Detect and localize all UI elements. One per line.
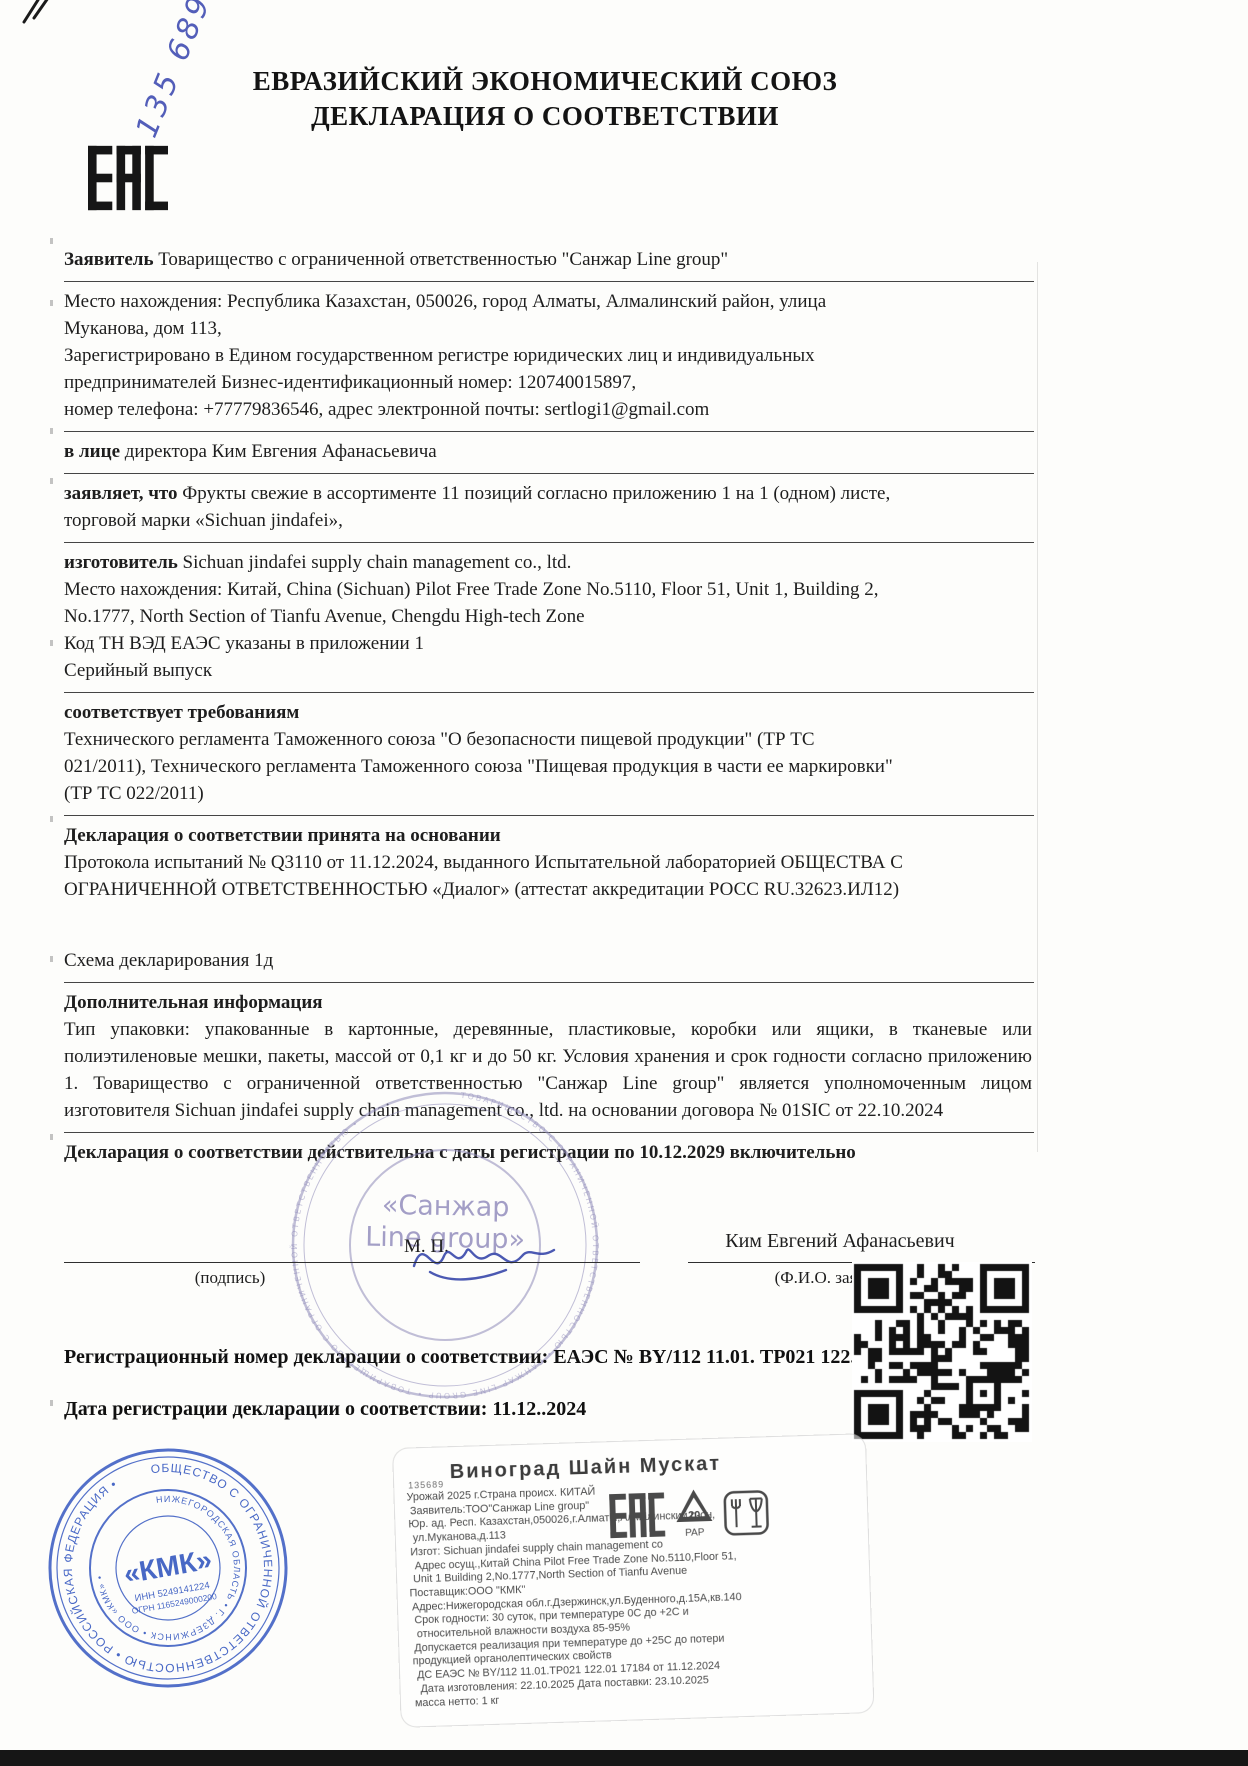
scan-artifact-tick xyxy=(50,238,53,244)
additional-heading: Дополнительная информация xyxy=(64,989,1032,1016)
signature-caption: (подпись) xyxy=(130,1268,330,1288)
declaration-body: Заявитель Товарищество с ограниченной от… xyxy=(64,240,1034,1174)
kmk-stamp-inner-ring-text: НИЖЕГОРОДСКАЯ ОБЛАСТЬ • Г. ДЗЕРЖИНСК • О… xyxy=(82,1482,254,1654)
kmk-round-stamp: ОБЩЕСТВО С ОГРАНИЧЕННОЙ ОТВЕТСТВЕННОСТЬЮ… xyxy=(23,1423,313,1713)
glass-fork-icon xyxy=(723,1489,770,1536)
svg-text:НИЖЕГОРОДСКАЯ ОБЛАСТЬ • Г. ДЗЕ: НИЖЕГОРОДСКАЯ ОБЛАСТЬ • Г. ДЗЕРЖИНСК • О… xyxy=(82,1482,254,1654)
recycle-material-text: PAP xyxy=(685,1527,705,1539)
scan-artifact-tick xyxy=(50,1134,53,1140)
eac-mark-small-icon xyxy=(609,1492,666,1538)
sanzhar-stamp-name-line1: «Санжар xyxy=(382,1190,510,1223)
kmk-stamp-outer-ring-text: ОБЩЕСТВО С ОГРАНИЧЕННОЙ ОТВЕТСТВЕННОСТЬЮ… xyxy=(44,1444,292,1692)
declares-label: заявляет, что xyxy=(64,483,178,504)
basis-row: Декларация о соответствии принята на осн… xyxy=(64,816,1034,983)
manufacturer-value: Sichuan jindafei supply chain management… xyxy=(178,552,572,573)
applicant-row: Заявитель Товарищество с ограниченной от… xyxy=(64,240,1034,282)
svg-text:ОБЩЕСТВО С ОГРАНИЧЕННОЙ ОТВЕТС: ОБЩЕСТВО С ОГРАНИЧЕННОЙ ОТВЕТСТВЕННОСТЬЮ… xyxy=(44,1444,292,1692)
kmk-stamp-inn: ИНН 5249141224 xyxy=(134,1580,211,1604)
complies-heading: соответствует требованиям xyxy=(64,699,1032,726)
declares-value: Фрукты свежие в ассортименте 11 позиций … xyxy=(64,483,890,531)
stamp-place-label: М. П. xyxy=(404,1236,449,1258)
applicant-full-name: Ким Евгений Афанасьевич xyxy=(640,1230,1040,1253)
in-person-label: в лице xyxy=(64,441,120,462)
scan-artifact-tick xyxy=(50,816,53,822)
scan-artifact-tick xyxy=(50,1400,53,1406)
basis-text: Протокола испытаний № Q3110 от 11.12.202… xyxy=(64,849,1032,903)
scan-artifact-tick xyxy=(50,478,53,484)
scan-edge-line xyxy=(1037,262,1038,1152)
kmk-stamp-ogrn: ОГРН 1165249000200 xyxy=(131,1591,218,1616)
manufacturer-details: Место нахождения: Китай, China (Sichuan)… xyxy=(64,576,1032,684)
validity-text: Декларация о соответствии действительна … xyxy=(64,1139,1032,1166)
scan-bottom-shadow xyxy=(0,1750,1248,1766)
scan-artifact-tick xyxy=(50,300,53,306)
declares-row: заявляет, что Фрукты свежие в ассортимен… xyxy=(64,474,1034,543)
recycle-code-text: 20 xyxy=(688,1509,701,1521)
registration-date: Дата регистрации декларации о соответств… xyxy=(64,1398,586,1421)
scheme-text: Схема декларирования 1д xyxy=(64,947,1032,974)
scan-artifact-tick xyxy=(50,956,53,962)
additional-text: Тип упаковки: упакованные в картонные, д… xyxy=(64,1016,1032,1124)
in-person-value: директора Ким Евгения Афанасьевича xyxy=(120,441,437,462)
applicant-details-row: Место нахождения: Республика Казахстан, … xyxy=(64,282,1034,432)
additional-info-row: Дополнительная информация Тип упаковки: … xyxy=(64,983,1034,1133)
product-label: 135689 Виноград Шайн Мускат 20 PAP xyxy=(392,1433,875,1728)
basis-heading: Декларация о соответствии принята на осн… xyxy=(64,822,1032,849)
applicant-details: Место нахождения: Республика Казахстан, … xyxy=(64,291,826,420)
scan-artifact-tick xyxy=(50,640,53,646)
manufacturer-label: изготовитель xyxy=(64,552,178,573)
recycle-triangle-icon: 20 PAP xyxy=(672,1485,716,1542)
manufacturer-row: изготовитель Sichuan jindafei supply cha… xyxy=(64,543,1034,693)
complies-row: соответствует требованиям Технического р… xyxy=(64,693,1034,816)
kmk-stamp-center-text: «КМК» xyxy=(121,1544,214,1590)
document-title: ЕВРАЗИЙСКИЙ ЭКОНОМИЧЕСКИЙ СОЮЗ ДЕКЛАРАЦИ… xyxy=(150,64,940,134)
scan-artifact-tick xyxy=(50,428,53,434)
qr-code xyxy=(852,1262,1032,1442)
complies-text: Технического регламента Таможенного союз… xyxy=(64,726,1032,807)
label-number: 135689 xyxy=(408,1479,444,1490)
applicant-label: Заявитель xyxy=(64,249,154,270)
in-person-row: в лице директора Ким Евгения Афанасьевич… xyxy=(64,432,1034,474)
document-title-line1: ЕВРАЗИЙСКИЙ ЭКОНОМИЧЕСКИЙ СОЮЗ xyxy=(150,64,940,99)
applicant-value: Товарищество с ограниченной ответственно… xyxy=(154,249,729,270)
validity-row: Декларация о соответствии действительна … xyxy=(64,1133,1034,1174)
pen-corner-mark xyxy=(22,0,56,26)
signature-line xyxy=(64,1262,640,1263)
document-title-line2: ДЕКЛАРАЦИЯ О СООТВЕТСТВИИ xyxy=(150,99,940,134)
scanned-declaration-document: 135 689 ЕВРАЗИЙСКИЙ ЭКОНОМИЧЕСКИЙ СОЮЗ Д… xyxy=(0,0,1248,1766)
eac-logo-icon xyxy=(88,140,168,216)
